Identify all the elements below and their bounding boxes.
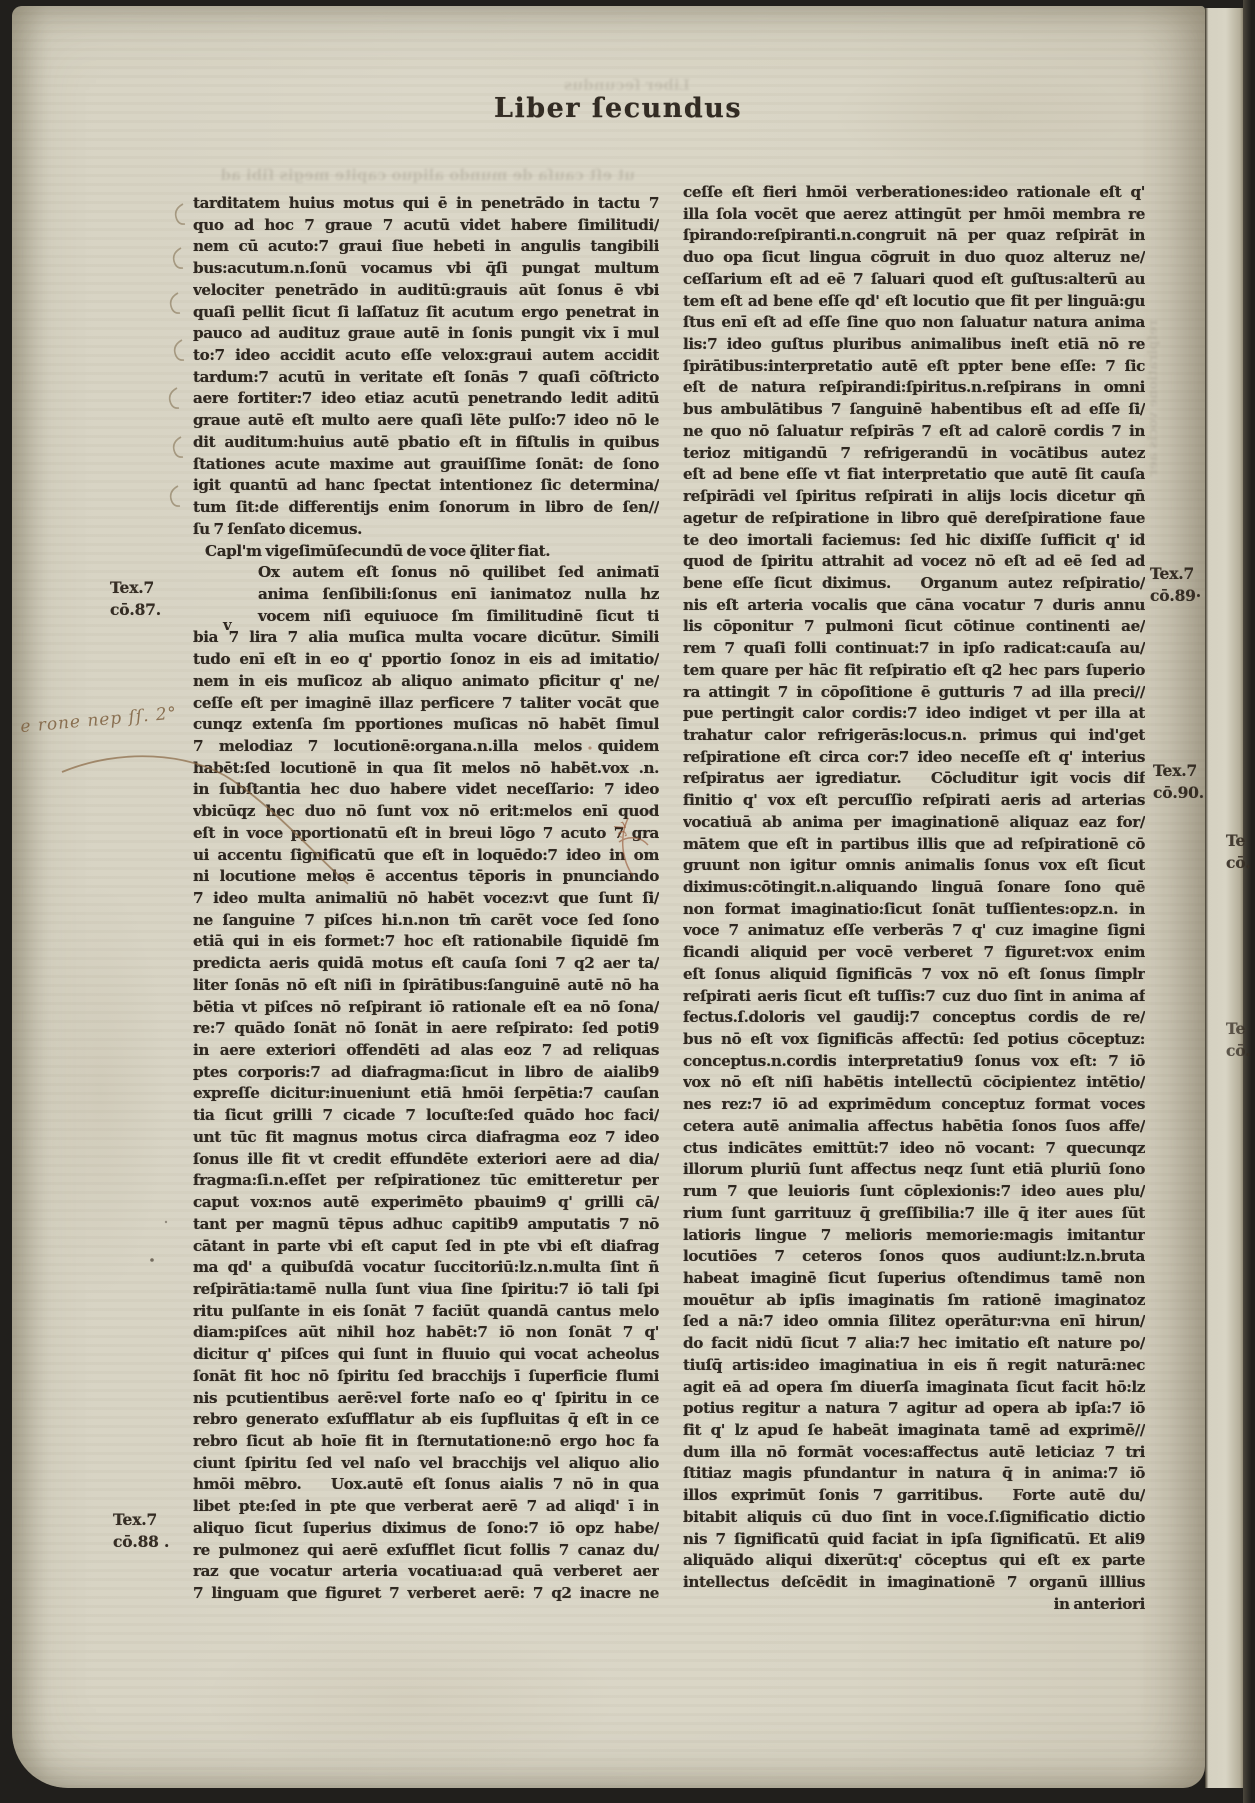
text-line: hmōi mēbro. Uox.autē eſt ſonus aialis 7 … (193, 1474, 659, 1496)
text-line: finitio q' vox eſt percuſſio reſpirati a… (683, 790, 1145, 812)
text-line: rum 7 que leuioris ſunt cōplexionis:7 id… (683, 1181, 1145, 1203)
text-line: tiuſq̄ artis:ideo imaginatiua in eis ñ r… (683, 1355, 1145, 1377)
text-line: ceſſarium eſt ad eē 7 ſaluari quod eſt g… (683, 269, 1145, 291)
text-line: graue autē eſt multo aere quaſi lēte pul… (193, 410, 659, 432)
margin-citation-line: Te (1226, 1018, 1251, 1040)
text-line: tum ſit:de differentijs enim ſonorum in … (193, 497, 659, 519)
text-line: agit eā ad opera ſm diuerſa imaginata ſi… (683, 1377, 1145, 1399)
margin-citation-line: Tex.7 (1153, 760, 1204, 782)
margin-citation-line: Tex.7 (113, 1509, 169, 1531)
text-line: nem cū acuto:7 graui ſiue hebeti in angu… (193, 236, 659, 258)
text-line: intellectus deſcēdit in imaginationē 7 o… (683, 1572, 1145, 1594)
text-line: tem eſt ad bene eſſe qd' eſt locutio que… (683, 291, 1145, 313)
text-line: igit quantū ad hanc ſpectat intentionez … (193, 475, 659, 497)
text-line: nis pcutientibus aerē:vel forte naſo eo … (193, 1388, 659, 1410)
text-line: voce 7 animatuz eſſe verberās 7 q' cuz i… (683, 920, 1145, 942)
text-line: bus:acutum.n.ſonū vocamus vbi q̄ſi punga… (193, 258, 659, 280)
text-line: vbicūqz hec duo nō ſunt vox nō erit:melo… (193, 801, 659, 823)
text-line: do facit nidū ſicut 7 alia:7 hec imitati… (683, 1333, 1145, 1355)
text-line: quod de ſpiritu attrahit ad vocez nō eſt… (683, 551, 1145, 573)
text-line: tant per magnū tēpus adhuc capitib9 ampu… (193, 1214, 659, 1236)
text-line: trahatur calor refrigerās:locus.n. primu… (683, 725, 1145, 747)
showthrough-text: reſpiratione vocis aer (1146, 320, 1202, 1420)
text-line: gruunt non igitur omnis animalis ſonus v… (683, 855, 1145, 877)
text-line: etiā qui in eis formet:7 hoc eſt rationa… (193, 931, 659, 953)
text-line: ſpirando:reſpiranti.n.congruit nā per qu… (683, 225, 1145, 247)
text-line: unt tūc fit magnus motus circa diafragma… (193, 1127, 659, 1149)
text-line: aliquādo aliqui dixerūt:q' cōceptus qui … (683, 1550, 1145, 1572)
scan-dark-edge (1243, 0, 1255, 1803)
text-line: vox nō eſt niſi habētis intellectū cōcip… (683, 1072, 1145, 1094)
text-line: ſtitiaz magis pfundantur in natura q̄ in… (683, 1463, 1145, 1485)
margin-citation-line: cō.88 . (113, 1531, 169, 1553)
text-line: latioris lingue 7 melioris memorie:magis… (683, 1225, 1145, 1247)
text-line: bus ambulātibus 7 ſanguinē habentibus eſ… (683, 399, 1145, 421)
text-line: reſpiratus aer igrediatur. Cōcluditur ig… (683, 768, 1145, 790)
text-line: re pulmonez qui aerē exſufflet ſicut fol… (193, 1540, 659, 1562)
showthrough-text: Liber ſecundus (520, 76, 690, 94)
text-line: bus nō eſt vox ſignificās affectū: ſed p… (683, 1029, 1145, 1051)
text-line: bitabit aliquis cū duo ſint in voce.ſ.ſi… (683, 1507, 1145, 1529)
text-line: re:7 quādo ſonāt nō ſonāt in aere reſpir… (193, 1018, 659, 1040)
text-line: locutiōes 7 ceteros ſonos quos audiunt:l… (683, 1246, 1145, 1268)
margin-citation-tex-co89: Tex.7 cō.89· (1150, 563, 1201, 606)
margin-citation-line: cō.89· (1150, 585, 1201, 607)
text-line: rebro generato exſufflatur ab eis ſupflu… (193, 1409, 659, 1431)
margin-citation-tex-co87: Tex.7 cō.87. (110, 577, 161, 620)
text-line: ſtationes acute maxime aut grauiſſime ſo… (193, 454, 659, 476)
text-line: lis cōponitur 7 pulmoni ſicut cōtinue co… (683, 616, 1145, 638)
text-line: dit auditum:huius autē pbatio eſt in fiſ… (193, 432, 659, 454)
text-line: nes rez:7 iō ad exprimēdum conceptuz for… (683, 1094, 1145, 1116)
text-line: nis eſt arteria vocalis que cāna vocatur… (683, 595, 1145, 617)
text-line: ma qd' a quibuſdā vocatur ſuccitoriū:lz.… (193, 1257, 659, 1279)
text-line: ni locutione melos ē accentus tēporis in… (193, 866, 659, 888)
text-line: Capl'm vigeſimūſecundū de voce q̄liter f… (193, 541, 659, 563)
text-line: habēt:ſed locutionē in qua ſit melos nō … (193, 758, 659, 780)
text-line: 7 ideo multa animaliū nō habēt vocez:vt … (193, 888, 659, 910)
text-line: eſt ad bene eſſe vt fiat interpretatio q… (683, 464, 1145, 486)
text-line: terioz mitigandū 7 refrigerandū in vocāt… (683, 443, 1145, 465)
text-line: te deo imortali faciemus: ſed hic dixiſſ… (683, 530, 1145, 552)
text-line: eſt de natura reſpirandi:ſpiritus.n.reſp… (683, 377, 1145, 399)
text-line: to:7 ideo accidit acuto eſſe velox:graui… (193, 345, 659, 367)
text-line: anima ſenſibili:ſonus enī ianimatoz null… (193, 584, 659, 606)
text-line: pue pertingit calor cordis:7 ideo indige… (683, 703, 1145, 725)
text-line: tia ſicut grilli 7 cicade 7 locuſte:ſed … (193, 1105, 659, 1127)
guide-letter: v (223, 616, 232, 634)
text-line: rium ſunt garrituuz q̄ greſſibilia:7 ill… (683, 1203, 1145, 1225)
text-line: duo opa ſicut lingua cōgruit in duo quoz… (683, 247, 1145, 269)
text-line: libet pte:ſed in pte que verberat aerē 7… (193, 1496, 659, 1518)
text-line: reſpirātia:tamē nulla ſunt viua ſine ſpi… (193, 1279, 659, 1301)
text-line: ptes corporis:7 ad diafragma:ſicut in li… (193, 1062, 659, 1084)
text-line: ceſſe eſt fieri hmōi verberationes:ideo … (683, 182, 1145, 204)
text-line: diximus:cōtingit.n.aliquando linguā ſona… (683, 877, 1145, 899)
text-line: agetur de reſpiratione in libro quē dere… (683, 508, 1145, 530)
text-line: ctus indicātes emittūt:7 ideo nō vocant:… (683, 1138, 1145, 1160)
margin-citation-clipped: Te cō. (1226, 830, 1251, 873)
running-title: Liber ſecundus (494, 93, 742, 124)
text-line: in aere exteriori offendēti ad alas eoz … (193, 1040, 659, 1062)
next-leaf-edge (1205, 8, 1243, 1788)
text-line: ſtus enī eſt ad eſſe ſine quo non ſaluat… (683, 312, 1145, 334)
text-line: rebro ſicut ab hoīe fit in ſternutatione… (193, 1431, 659, 1453)
text-line: ra attingit 7 in cōpoſitione ē gutturis … (683, 682, 1145, 704)
text-line: raz que vocatur arteria vocatiua:ad quā … (193, 1561, 659, 1583)
margin-citation-line: cō. (1226, 852, 1251, 874)
margin-citation-clipped: Te cō. (1226, 1018, 1251, 1061)
text-line: in ſubſtantia hec duo habere videt neceſ… (193, 779, 659, 801)
text-line: predicta aeris quidā motus eſt cauſa ſon… (193, 953, 659, 975)
text-line: mouētur ab ipſis imaginatis ſm rationē i… (683, 1290, 1145, 1312)
text-line: expreſſe dicitur:inueniunt etiā hmōi ſer… (193, 1083, 659, 1105)
text-line: ſpirātibus:interpretatio autē eſt ppter … (683, 356, 1145, 378)
scanned-book-page: { "header": { "title": "Liber ſecundus" … (0, 0, 1255, 1803)
text-line: fectus.ſ.doloris vel gaudij:7 conceptus … (683, 1007, 1145, 1029)
text-line: ſu 7 ſenſato dicemus. (193, 519, 659, 541)
text-line: tardum:7 acutū in veritate eſt ſonās 7 q… (193, 367, 659, 389)
showthrough-text: ut eſt cauſa de mundo aliquo capite megi… (195, 166, 635, 184)
margin-citation-line: cō.90. (1153, 782, 1204, 804)
text-line: mātem que eſt in partibus illis que ad r… (683, 834, 1145, 856)
text-line: tem quare per hāc fit reſpiratio eſt q2 … (683, 660, 1145, 682)
text-line: lis:7 ideo guſtus pluribus animalibus in… (683, 334, 1145, 356)
text-line: tudo enī eſt in eo q' pportio ſonoz in e… (193, 649, 659, 671)
text-line: quo ad hoc 7 graue 7 acutū videt habere … (193, 215, 659, 237)
margin-citation-line: Tex.7 (1150, 563, 1201, 585)
text-line: rem 7 quaſi folli continuat:7 in ipſo ra… (683, 638, 1145, 660)
margin-citation-line: cō.87. (110, 599, 161, 621)
text-line: aere fortiter:7 ideo etiaz acutū penetra… (193, 388, 659, 410)
text-line: illorum pluriū ſunt affectus neqz ſunt e… (683, 1159, 1145, 1181)
text-line: reſpiratione eſt circa cor:7 ideo neceſſ… (683, 747, 1145, 769)
text-line: ne ſanguine 7 piſces hi.n.non tm̄ carēt … (193, 910, 659, 932)
margin-citation-tex-co90: Tex.7 cō.90. (1153, 760, 1204, 803)
margin-citation-line: Tex.7 (110, 577, 161, 599)
text-line: bētia vt piſces nō reſpirant iō rational… (193, 997, 659, 1019)
text-line: vocatiuā ab anima per imaginationē aliqu… (683, 812, 1145, 834)
text-line: liter ſonās nō eſt niſi in ſpirātibus:ſa… (193, 975, 659, 997)
text-line: ui accentu ſignificatū que eſt in loquēd… (193, 845, 659, 867)
margin-citation-line: cō. (1226, 1040, 1251, 1062)
text-line: ſed a nā:7 ideo omnia ſilitez operātur:v… (683, 1311, 1145, 1333)
text-line: illa ſola vocēt que aerez attingūt per h… (683, 204, 1145, 226)
text-line: dum illa nō formāt voces:affectus autē l… (683, 1442, 1145, 1464)
text-line: eſt ſonus aliquid ſignificās 7 vox nō eſ… (683, 964, 1145, 986)
text-line: ſonāt fit hoc nō ſpiritu ſed bracchijs ī… (193, 1366, 659, 1388)
text-line: Ox autem eſt ſonus nō quilibet ſed anima… (193, 562, 659, 584)
text-line: non format imaginatio:ſicut ſonāt tuſſie… (683, 899, 1145, 921)
text-line: quaſi pellit ſicut ſi laſſatuz ſit acutu… (193, 302, 659, 324)
text-line: bene eſſe ſicut diximus. Organum autez r… (683, 573, 1145, 595)
text-line: ceſſe eſt per imaginē illaz perficere 7 … (193, 693, 659, 715)
text-line: aliquo ſicut ſuperius diximus de ſono:7 … (193, 1518, 659, 1540)
text-line: tarditatem huius motus qui ē in penetrād… (193, 193, 659, 215)
text-line: habeat imaginē ſicut ſuperius oſtendimus… (683, 1268, 1145, 1290)
text-line: conceptus.n.cordis interpretatiu9 ſonus … (683, 1051, 1145, 1073)
text-line: 7 melodiaz 7 locutionē:organa.n.illa mel… (193, 736, 659, 758)
text-line: cunqz extenſa ſm pportiones muſicas nō h… (193, 714, 659, 736)
text-line: fragma:ſi.n.eſſet per reſpirationez tūc … (193, 1170, 659, 1192)
text-line: pauco ad audituz graue autē in ſonis pun… (193, 323, 659, 345)
text-line: ciunt ſpiritu ſed vel naſo vel bracchijs… (193, 1453, 659, 1475)
text-line: in anteriori (683, 1594, 1145, 1616)
text-line: eſt in voce pportionatū eſt in breui lōg… (193, 823, 659, 845)
text-line: potius regitur a natura 7 agitur ad oper… (683, 1398, 1145, 1420)
text-line: fit q' lz apud ſe habeāt imaginata tamē … (683, 1420, 1145, 1442)
text-line: 7 linguam que figuret 7 verberet aerē: 7… (193, 1583, 659, 1605)
text-line: ficandi aliquid per vocē verberet 7 figu… (683, 942, 1145, 964)
text-column-right: ceſſe eſt fieri hmōi verberationes:ideo … (683, 182, 1145, 1615)
text-line: velociter penetrādo in auditū:grauis aūt… (193, 280, 659, 302)
text-line: dicitur q' piſces qui ſunt in fluuio qui… (193, 1344, 659, 1366)
text-line: reſpirati aeris ſicut eſt tuſſis:7 cuz d… (683, 986, 1145, 1008)
text-line: cātant in parte vbi eſt caput ſed in pte… (193, 1236, 659, 1258)
text-line: vocem niſi equiuoce ſm ſimilitudinē ſicu… (193, 606, 659, 628)
margin-citation-tex-co88: Tex.7 cō.88 . (113, 1509, 169, 1552)
text-line: cetera autē animalia affectus habētia ſo… (683, 1116, 1145, 1138)
text-line: nis 7 ſignificatū quid faciat in ipſa ſi… (683, 1529, 1145, 1551)
text-line: ſonus ille fit vt credit effundēte exter… (193, 1149, 659, 1171)
text-column-left: tarditatem huius motus qui ē in penetrād… (193, 193, 659, 1605)
text-line: reſpirādi vel ſpiritus reſpirati in alij… (683, 486, 1145, 508)
text-line: diam:piſces aūt nihil hoz habēt:7 iō non… (193, 1322, 659, 1344)
text-line: bia 7 lira 7 alia muſica multa vocare di… (193, 627, 659, 649)
text-line: ne quo nō ſaluatur reſpirās 7 eſt ad cal… (683, 421, 1145, 443)
text-line: illos exprimūt ſonis 7 garritibus. Forte… (683, 1485, 1145, 1507)
text-line: ritu pulſante in eis ſonāt 7 faciūt quan… (193, 1301, 659, 1323)
margin-citation-line: Te (1226, 830, 1251, 852)
text-line: nem in eis muſicoz ab aliquo animato pfi… (193, 671, 659, 693)
text-line: caput vox:nos autē experimēto pbauim9 q'… (193, 1192, 659, 1214)
